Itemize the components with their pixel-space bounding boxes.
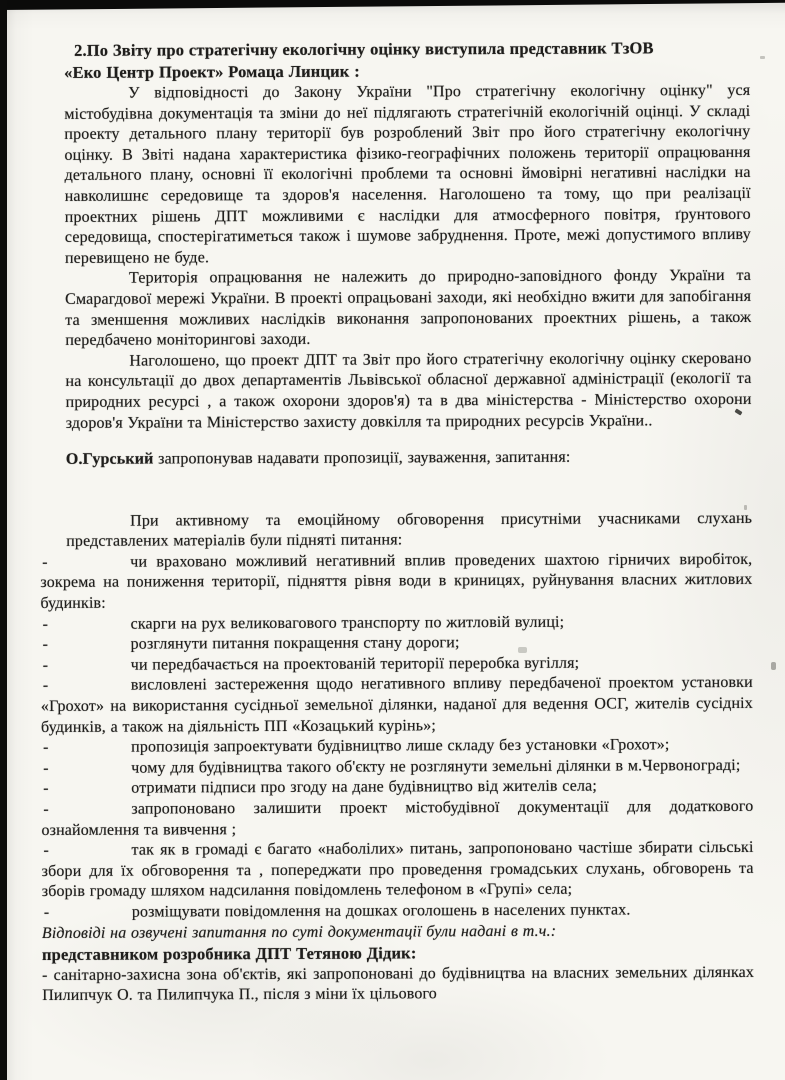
list-item-text: висловлені застереження щодо негативного…	[41, 673, 753, 738]
dash-marker: -	[43, 759, 49, 780]
heading-line-2: «Еко Центр Проект» Ромаца Линцик :	[64, 58, 750, 82]
dash-marker: -	[43, 656, 49, 677]
questions-list: -чи враховано можливий негативний вплив …	[40, 550, 754, 924]
speaker-name: О.Гурський	[66, 451, 154, 468]
dash-marker: -	[43, 635, 49, 656]
paragraph-seo-overview: У відповідності до Закону України "Про с…	[64, 81, 751, 269]
dash-marker: -	[43, 738, 49, 759]
list-item-text: чи враховано можливий негативний вплив п…	[40, 550, 752, 615]
list-item-text: так як в громаді є багато «наболілих» пи…	[41, 838, 753, 903]
list-item: -розміщувати повідомлення на дошках огол…	[42, 900, 754, 924]
discussion-intro: При активному та емоційному обговорення …	[66, 509, 752, 553]
scanned-document-page: 2.По Звіту про стратегічну екологічну оц…	[0, 0, 785, 1080]
scan-left-edge	[0, 0, 7, 1080]
section-heading: 2.По Звіту про стратегічну екологічну оц…	[64, 37, 750, 83]
list-item: -так як в громаді є багато «наболілих» п…	[41, 838, 753, 903]
list-item-text: запропоновано залишити проект містобудів…	[41, 797, 753, 841]
dash-marker: -	[42, 553, 48, 574]
paragraph-territory: Територія опрацювання не належить до при…	[65, 266, 751, 351]
scan-artifact	[518, 647, 527, 653]
dash-marker: -	[43, 841, 49, 862]
dash-marker: -	[44, 903, 50, 924]
list-item: -чи враховано можливий негативний вплив …	[40, 550, 752, 615]
list-item: -запропоновано залишити проект містобуді…	[41, 797, 753, 841]
developer-heading: представником розробника ДПТ Тетяною Дід…	[42, 941, 754, 966]
list-item-text: розміщувати повідомлення на дошках оголо…	[42, 900, 754, 924]
document-content: 2.По Звіту про стратегічну екологічну оц…	[38, 37, 754, 1007]
speaker-statement: запропонував надавати пропозиції, зауваж…	[153, 449, 570, 468]
dash-marker: -	[43, 800, 49, 821]
dash-marker: -	[43, 779, 49, 800]
list-item: -висловлені застереження щодо негативног…	[41, 673, 753, 738]
heading-line-1: 2.По Звіту про стратегічну екологічну оц…	[64, 37, 750, 61]
scan-artifact	[771, 662, 776, 670]
speaker-line: О.Гурський запропонував надавати пропози…	[66, 447, 752, 471]
scan-artifact	[760, 56, 765, 59]
dash-marker: -	[43, 615, 49, 636]
scan-artifact	[744, 505, 747, 510]
scan-top-edge	[0, 0, 785, 10]
dash-marker: -	[43, 676, 49, 697]
final-item: - санітарно-захисна зона об'єктів, які з…	[42, 963, 754, 1007]
paragraph-consultations: Наголошено, що проект ДПТ та Звіт про йо…	[65, 349, 751, 434]
